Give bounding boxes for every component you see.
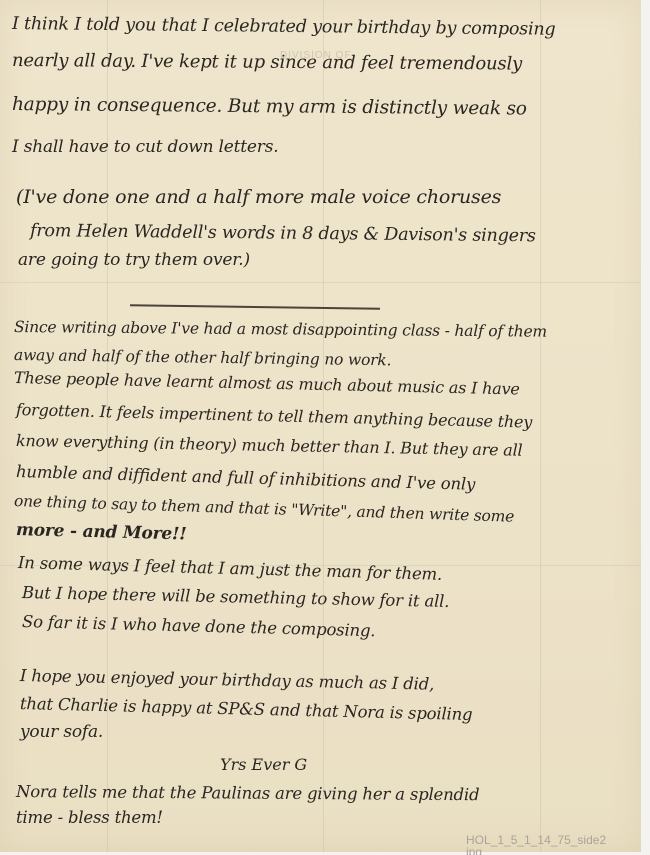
letter-line: happy in consequence. But my arm is dist…: [12, 94, 527, 119]
divider-rule: [130, 304, 380, 309]
signature: Yrs Ever G: [220, 755, 307, 774]
fold-crease: [540, 0, 541, 852]
letter-line: I hope you enjoyed your birthday as much…: [20, 666, 435, 694]
letter-page: DIVISION OF I think I told you that I ce…: [0, 0, 641, 852]
letter-line: know everything (in theory) much better …: [16, 431, 523, 460]
letter-line: I think I told you that I celebrated you…: [12, 14, 556, 40]
letter-line: nearly all day. I've kept it up since an…: [12, 50, 522, 75]
letter-line: your sofa.: [20, 722, 103, 742]
letter-line: time - bless them!: [16, 808, 163, 827]
letter-line: humble and diffident and full of inhibit…: [16, 462, 476, 494]
fold-crease: [0, 282, 641, 283]
watermark-extension: jpg: [466, 846, 606, 855]
letter-line: These people have learnt almost as much …: [14, 368, 520, 398]
letter-line: I shall have to cut down letters.: [12, 137, 278, 157]
letter-line: forgotten. It feels impertinent to tell …: [16, 400, 533, 432]
letter-line: away and half of the other half bringing…: [14, 346, 392, 369]
letter-line: from Helen Waddell's words in 8 days & D…: [30, 221, 536, 246]
filename-watermark: HOL_1_5_1_14_75_side2 jpg: [466, 834, 606, 855]
letter-line: In some ways I feel that I am just the m…: [18, 553, 443, 584]
letter-line: But I hope there will be something to sh…: [22, 583, 450, 611]
fold-crease: [107, 0, 108, 852]
letter-line: that Charlie is happy at SP&S and that N…: [20, 694, 473, 724]
watermark-filename: HOL_1_5_1_14_75_side2: [466, 834, 606, 846]
letter-line: Nora tells me that the Paulinas are givi…: [16, 782, 479, 804]
letter-line: are going to try them over.): [18, 250, 250, 270]
letter-line: Since writing above I've had a most disa…: [14, 318, 547, 341]
letter-line: one thing to say to them and that is "Wr…: [14, 492, 515, 526]
letter-line: (I've done one and a half more male voic…: [16, 186, 501, 208]
letter-line: more - and More!!: [16, 520, 187, 544]
